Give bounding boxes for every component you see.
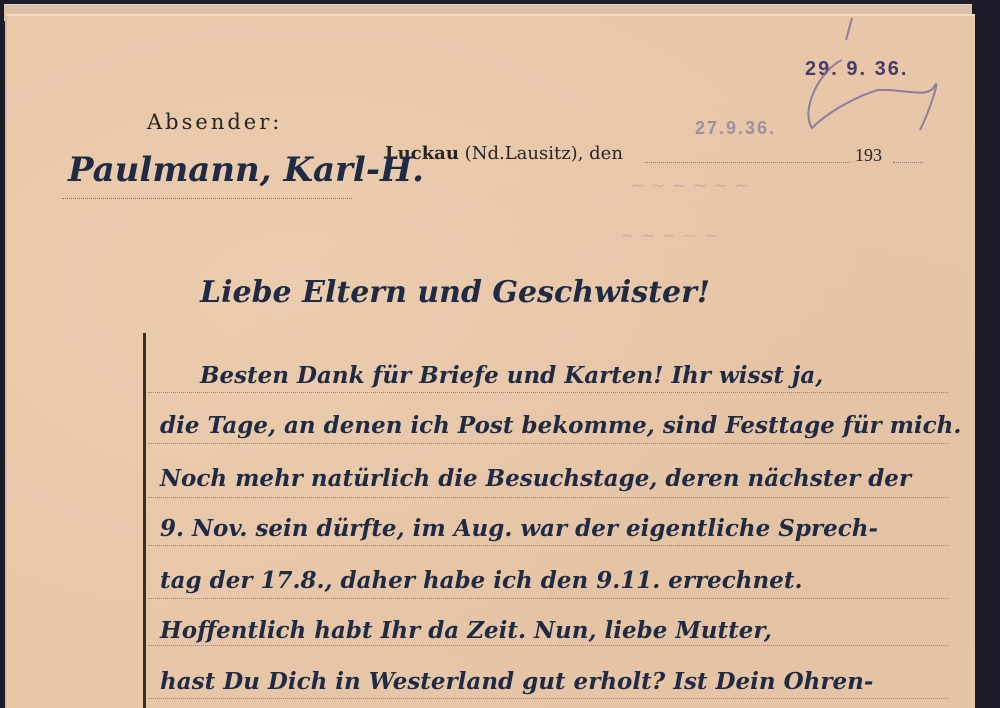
sender-name: Paulmann, Karl-H. [68, 150, 424, 190]
letter-line: Hoffentlich habt Ihr da Zeit. Nun, liebe… [160, 617, 772, 644]
place-region: (Nd.Lausitz), [465, 143, 584, 164]
absender-label: Absender: [147, 110, 282, 134]
letter-line: die Tage, an denen ich Post bekomme, sin… [160, 412, 961, 439]
bleed-through-text: ~ ~ ~ ~ ~ ~ [630, 175, 749, 196]
ruled-line [148, 497, 948, 498]
letter-line: tag der 17.8., daher habe ich den 9.11. … [160, 567, 802, 594]
letter-line: 9. Nov. sein dürfte, im Aug. war der eig… [160, 515, 878, 542]
date-field-dots [645, 162, 850, 163]
ruled-line [148, 698, 948, 699]
ruled-line [148, 392, 948, 393]
margin-line [143, 333, 146, 708]
den-label: den [589, 143, 623, 164]
ruled-line [148, 645, 948, 646]
bleed-through-text: ~ ~ ~ ~ ~ [620, 225, 718, 246]
letter-line: hast Du Dich in Westerland gut erholt? I… [160, 668, 873, 695]
ruled-line [148, 598, 948, 599]
year-prefix: 193 [855, 145, 882, 166]
date-stamp: 27.9.36. [695, 118, 776, 139]
letter-line: Noch mehr natürlich die Besuchstage, der… [160, 465, 911, 492]
received-date-stamp: 29. 9. 36. [805, 58, 908, 81]
ruled-line [148, 443, 948, 444]
letter-line: Besten Dank für Briefe und Karten! Ihr w… [200, 362, 823, 389]
sender-field-dots [62, 198, 352, 199]
ruled-line [148, 545, 948, 546]
year-field-dots [893, 162, 923, 163]
salutation: Liebe Eltern und Geschwister! [200, 275, 710, 310]
